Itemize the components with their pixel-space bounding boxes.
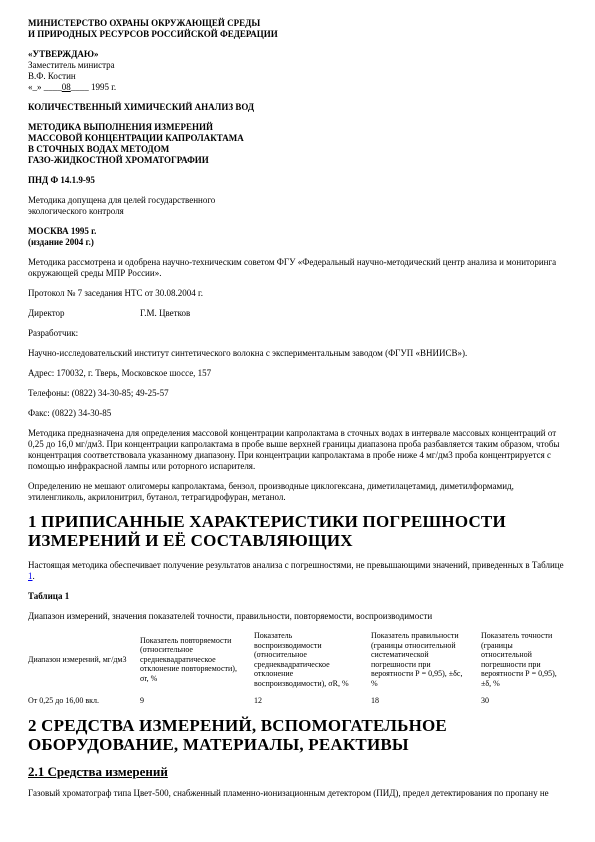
- approval-date-blank: ____: [44, 82, 62, 92]
- approval-date-prefix: «_»: [28, 82, 44, 92]
- purpose-paragraph: Методика предназначена для определения м…: [28, 428, 568, 472]
- approval-position: Заместитель министра: [28, 60, 568, 71]
- developer-address: Адрес: 170032, г. Тверь, Московское шосс…: [28, 368, 568, 379]
- table-1-label: Таблица 1: [28, 591, 568, 602]
- section-2-heading: 2 СРЕДСТВА ИЗМЕРЕНИЙ, ВСПОМОГАТЕЛЬНОЕ ОБ…: [28, 716, 568, 754]
- document-page: МИНИСТЕРСТВО ОХРАНЫ ОКРУЖАЮЩЕЙ СРЕДЫ И П…: [0, 0, 595, 842]
- table-1-header-reproducibility: Показатель воспроизводимости (относитель…: [254, 631, 371, 696]
- table-1-cell-range: От 0,25 до 16,00 вкл.: [28, 696, 140, 706]
- section-2-1-heading: 2.1 Средства измерений: [28, 764, 568, 779]
- ministry-header: МИНИСТЕРСТВО ОХРАНЫ ОКРУЖАЮЩЕЙ СРЕДЫ И П…: [28, 18, 568, 40]
- accuracy-intro-paragraph: Настоящая методика обеспечивает получени…: [28, 560, 568, 582]
- method-title: МЕТОДИКА ВЫПОЛНЕНИЯ ИЗМЕРЕНИЙ МАССОВОЙ К…: [28, 122, 568, 166]
- table-row: От 0,25 до 16,00 вкл. 9 12 18 30: [28, 696, 568, 706]
- permission-note: Методика допущена для целей государствен…: [28, 195, 568, 217]
- developer-phones: Телефоны: (0822) 34-30-85; 49-25-57: [28, 388, 568, 399]
- table-1-cell-repeatability: 9: [140, 696, 254, 706]
- table-1-header-range: Диапазон измерений, мг/дм3: [28, 631, 140, 696]
- section-1-heading: 1 ПРИПИСАННЫЕ ХАРАКТЕРИСТИКИ ПОГРЕШНОСТИ…: [28, 512, 568, 550]
- director-label: Директор: [28, 308, 140, 319]
- approval-date-blank2: ____: [71, 82, 89, 92]
- protocol-line: Протокол № 7 заседания НТС от 30.08.2004…: [28, 288, 568, 299]
- interference-paragraph: Определению не мешают олигомеры капролак…: [28, 481, 568, 503]
- developer-fax: Факс: (0822) 34-30-85: [28, 408, 568, 419]
- table-1-header-trueness: Показатель правильности (границы относит…: [371, 631, 481, 696]
- accuracy-intro-period: .: [33, 571, 35, 581]
- developer-label: Разработчик:: [28, 328, 568, 339]
- instrument-paragraph: Газовый хроматограф типа Цвет-500, снабж…: [28, 788, 568, 799]
- table-1: Диапазон измерений, мг/дм3 Показатель по…: [28, 631, 568, 706]
- approval-date-month: 08: [62, 82, 71, 92]
- table-1-cell-accuracy: 30: [481, 696, 568, 706]
- table-1-cell-trueness: 18: [371, 696, 481, 706]
- table-1-cell-reproducibility: 12: [254, 696, 371, 706]
- table-1-caption: Диапазон измерений, значения показателей…: [28, 611, 568, 622]
- accuracy-intro-text: Настоящая методика обеспечивает получени…: [28, 560, 564, 570]
- developer-organization: Научно-исследовательский институт синтет…: [28, 348, 568, 359]
- table-1-header-repeatability: Показатель повторяемости (относительное …: [140, 631, 254, 696]
- approval-date-year: 1995 г.: [89, 82, 116, 92]
- director-name: Г.М. Цветков: [140, 308, 190, 319]
- doc-number: ПНД Ф 14.1.9-95: [28, 175, 568, 186]
- analysis-type-title: КОЛИЧЕСТВЕННЫЙ ХИМИЧЕСКИЙ АНАЛИЗ ВОД: [28, 102, 568, 113]
- approval-stamp: «УТВЕРЖДАЮ»: [28, 49, 568, 60]
- approval-name: В.Ф. Костин: [28, 71, 568, 82]
- review-paragraph: Методика рассмотрена и одобрена научно-т…: [28, 257, 568, 279]
- table-1-header-accuracy: Показатель точности (границы относительн…: [481, 631, 568, 696]
- signature-row: Директор Г.М. Цветков: [28, 308, 568, 319]
- table-1-header-row: Диапазон измерений, мг/дм3 Показатель по…: [28, 631, 568, 696]
- approval-block: «УТВЕРЖДАЮ» Заместитель министра В.Ф. Ко…: [28, 49, 568, 93]
- imprint: МОСКВА 1995 г. (издание 2004 г.): [28, 226, 568, 248]
- approval-date-line: «_» ____08____ 1995 г.: [28, 82, 568, 93]
